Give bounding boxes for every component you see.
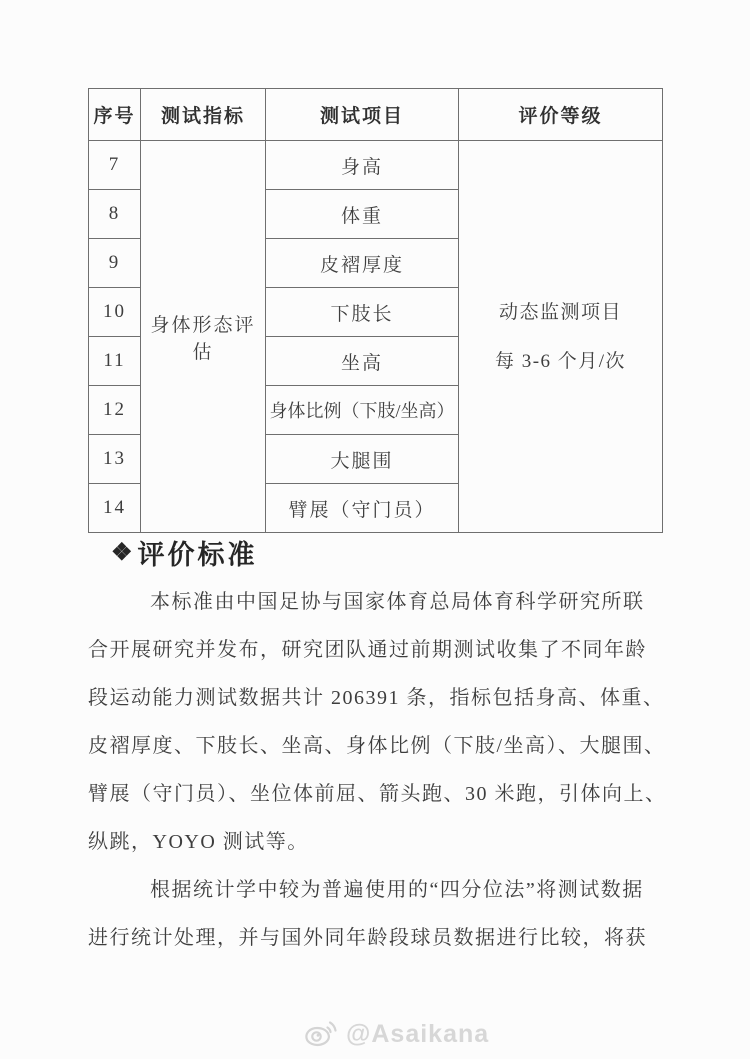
test-item: 体重 xyxy=(266,190,459,239)
row-number: 8 xyxy=(89,190,141,239)
text-line: 本标准由中国足协与国家体育总局体育科学研究所联 xyxy=(88,578,666,626)
col-header-no: 序号 xyxy=(89,89,141,141)
test-item: 臂展（守门员） xyxy=(266,484,459,533)
row-number: 7 xyxy=(89,141,141,190)
col-header-grade: 评价等级 xyxy=(459,89,663,141)
col-header-indicator: 测试指标 xyxy=(141,89,266,141)
text-line: 臂展（守门员）、坐位体前屈、箭头跑、30 米跑，引体向上、 xyxy=(88,770,666,818)
row-number: 11 xyxy=(89,337,141,386)
text-line: 进行统计处理，并与国外同年龄段球员数据进行比较，将获 xyxy=(88,914,666,962)
text-line: 合开展研究并发布，研究团队通过前期测试收集了不同年龄 xyxy=(88,626,666,674)
test-item: 身高 xyxy=(266,141,459,190)
watermark: @Asaikana xyxy=(303,1018,489,1050)
row-number: 14 xyxy=(89,484,141,533)
text-line: 根据统计学中较为普遍使用的“四分位法”将测试数据 xyxy=(88,866,666,914)
test-item: 大腿围 xyxy=(266,435,459,484)
test-item: 皮褶厚度 xyxy=(266,239,459,288)
table-header-row: 序号 测试指标 测试项目 评价等级 xyxy=(89,89,663,141)
watermark-handle: @Asaikana xyxy=(346,1020,489,1049)
test-item: 身体比例（下肢/坐高） xyxy=(266,386,459,435)
test-indicator-table: 序号 测试指标 测试项目 评价等级 7 身体形态评估 身高 动态监测项目 每 3… xyxy=(88,88,663,533)
test-item: 坐高 xyxy=(266,337,459,386)
section-heading: ❖ 评价标准 xyxy=(111,533,258,572)
diamond-bullet-icon: ❖ xyxy=(111,538,133,567)
grade-merged-cell: 动态监测项目 每 3-6 个月/次 xyxy=(459,141,663,533)
weibo-logo-icon xyxy=(303,1018,339,1050)
indicator-merged-cell: 身体形态评估 xyxy=(141,141,266,533)
document-page: 序号 测试指标 测试项目 评价等级 7 身体形态评估 身高 动态监测项目 每 3… xyxy=(0,0,750,1059)
text-line: 皮褶厚度、下肢长、坐高、身体比例（下肢/坐高）、大腿围、 xyxy=(88,722,666,770)
text-line: 段运动能力测试数据共计 206391 条，指标包括身高、体重、 xyxy=(88,674,666,722)
row-number: 13 xyxy=(89,435,141,484)
test-item: 下肢长 xyxy=(266,288,459,337)
section-title: 评价标准 xyxy=(138,533,258,572)
row-number: 12 xyxy=(89,386,141,435)
body-text: 本标准由中国足协与国家体育总局体育科学研究所联 合开展研究并发布，研究团队通过前… xyxy=(88,578,666,962)
table-row: 7 身体形态评估 身高 动态监测项目 每 3-6 个月/次 xyxy=(89,141,663,190)
grade-line: 每 3-6 个月/次 xyxy=(459,337,662,386)
col-header-item: 测试项目 xyxy=(266,89,459,141)
row-number: 10 xyxy=(89,288,141,337)
row-number: 9 xyxy=(89,239,141,288)
text-line: 纵跳，YOYO 测试等。 xyxy=(88,818,666,866)
grade-line: 动态监测项目 xyxy=(459,288,662,337)
